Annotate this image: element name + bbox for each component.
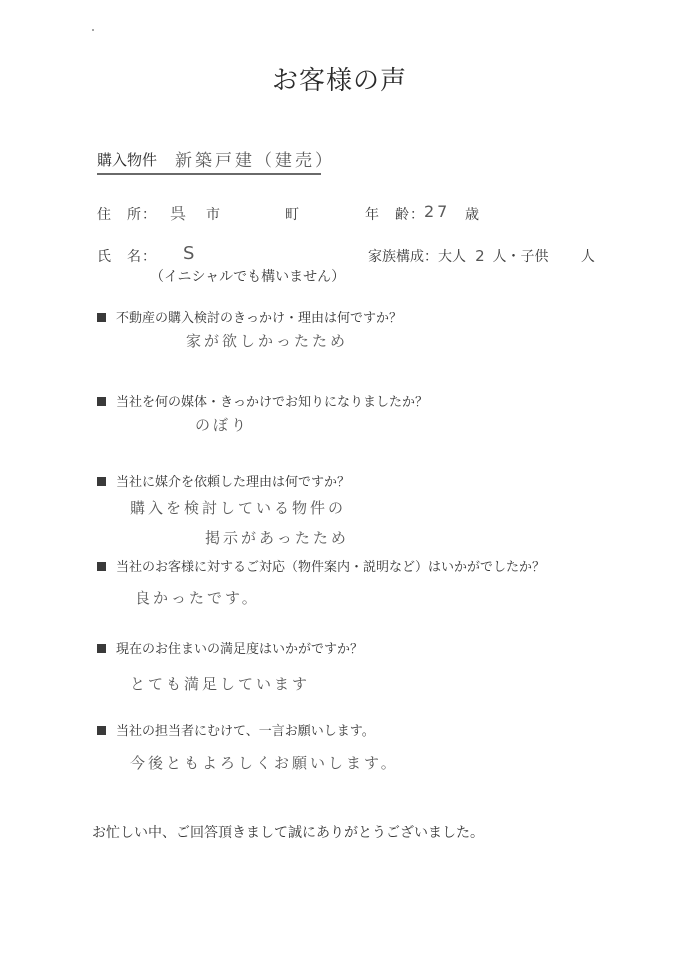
question-5-text: 現在のお住まいの満足度はいかがですか？ — [116, 642, 363, 657]
address-town-suffix: 町 — [285, 204, 300, 224]
answer-6: 今後ともよろしくお願いします。 — [130, 752, 399, 773]
square-bullet-icon — [97, 726, 106, 735]
family-children-label: 子供 — [520, 249, 548, 265]
property-field: 購入物件 新築戸建（建売） — [97, 145, 321, 175]
question-6: 当社の担当者にむけて、一言お願いします。 — [97, 720, 375, 739]
name-label: 氏 名： — [97, 246, 157, 266]
question-1: 不動産の購入検討のきっかけ・理由は何ですか？ — [97, 307, 402, 326]
family-adults-suffix: 人・ — [492, 249, 520, 265]
answer-4: 良かったです。 — [135, 587, 260, 608]
question-2-text: 当社を何の媒体・きっかけでお知りになりましたか？ — [116, 395, 428, 410]
family-label: 家族構成： — [368, 249, 438, 265]
address-city-suffix: 市 — [206, 204, 221, 224]
family-adults-value: 2 — [470, 247, 492, 265]
question-4: 当社のお客様に対するご対応（物件案内・説明など）はいかがでしたか？ — [97, 556, 545, 575]
family-composition: 家族構成：大人 2人・子供 人 — [368, 246, 595, 266]
answer-1: 家が欲しかったため — [186, 330, 348, 351]
question-3-text: 当社に媒介を依頼した理由は何ですか？ — [116, 475, 350, 490]
question-3: 当社に媒介を依頼した理由は何ですか？ — [97, 471, 350, 490]
answer-3-line-1: 購入を検討している物件の — [130, 497, 346, 518]
name-value: S — [183, 243, 197, 264]
square-bullet-icon — [97, 477, 106, 486]
closing-message: お忙しい中、ご回答頂きまして誠にありがとうございました。 — [92, 822, 484, 842]
square-bullet-icon — [97, 313, 106, 322]
page-title: お客様の声 — [0, 60, 679, 97]
address-city-value: 呉 — [170, 201, 189, 224]
question-4-text: 当社のお客様に対するご対応（物件案内・説明など）はいかがでしたか？ — [116, 560, 545, 575]
answer-3-line-2: 掲示があったため — [205, 527, 349, 548]
question-5: 現在のお住まいの満足度はいかがですか？ — [97, 638, 363, 657]
square-bullet-icon — [97, 644, 106, 653]
square-bullet-icon — [97, 397, 106, 406]
family-adults-label: 大人 — [438, 249, 466, 265]
property-label: 購入物件 — [97, 149, 157, 170]
property-value: 新築戸建（建売） — [175, 146, 335, 171]
answer-2: のぼり — [195, 414, 249, 435]
family-children-suffix: 人 — [581, 249, 595, 265]
question-1-text: 不動産の購入検討のきっかけ・理由は何ですか？ — [116, 311, 402, 326]
question-2: 当社を何の媒体・きっかけでお知りになりましたか？ — [97, 391, 428, 410]
address-label: 住 所： — [97, 204, 157, 224]
age-suffix: 歳 — [465, 204, 480, 224]
question-6-text: 当社の担当者にむけて、一言お願いします。 — [116, 724, 375, 739]
square-bullet-icon — [97, 562, 106, 571]
age-label: 年 齢： — [365, 204, 425, 224]
name-note: （イニシャルでも構いません） — [150, 266, 345, 286]
answer-5: とても満足しています — [130, 673, 310, 694]
scan-speck — [92, 29, 94, 31]
age-value: 27 — [424, 202, 450, 221]
